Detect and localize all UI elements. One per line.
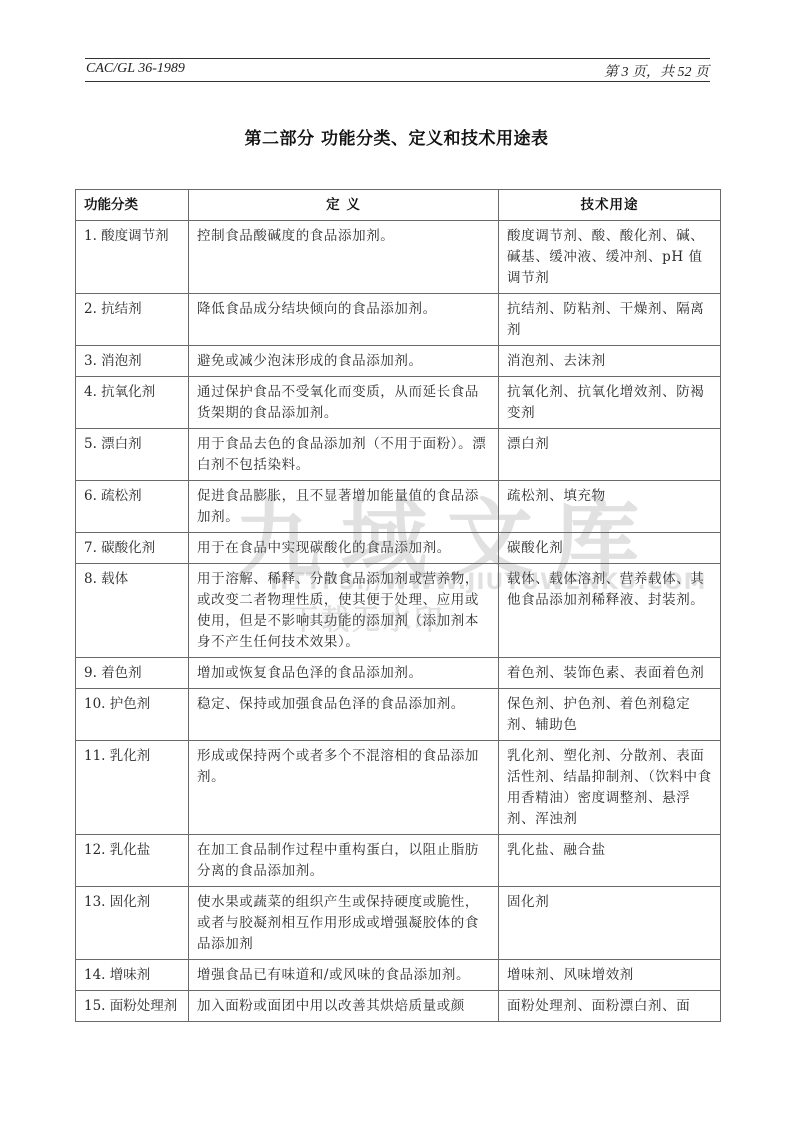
row-definition: 用于食品去色的食品添加剂（不用于面粉）。漂白剂不包括染料。	[189, 429, 499, 481]
table-row: 10. 护色剂稳定、保持或加强食品色泽的食品添加剂。保色剂、护色剂、着色剂稳定剂…	[76, 689, 721, 741]
row-uses: 抗氧化剂、抗氧化增效剂、防褐变剂	[499, 377, 721, 429]
row-category: 15. 面粉处理剂	[76, 991, 189, 1022]
row-definition: 通过保护食品不受氧化而变质，从而延长食品货架期的食品添加剂。	[189, 377, 499, 429]
table-row: 8. 载体用于溶解、稀释、分散食品添加剂或营养物，或改变二者物理性质，使其便于处…	[76, 564, 721, 658]
row-uses: 乳化盐、融合盐	[499, 835, 721, 887]
row-definition: 控制食品酸碱度的食品添加剂。	[189, 221, 499, 294]
column-header-category: 功能分类	[76, 190, 189, 221]
row-definition: 稳定、保持或加强食品色泽的食品添加剂。	[189, 689, 499, 741]
row-definition: 用于溶解、稀释、分散食品添加剂或营养物，或改变二者物理性质，使其便于处理、应用或…	[189, 564, 499, 658]
row-definition: 避免或减少泡沫形成的食品添加剂。	[189, 346, 499, 377]
table-row: 12. 乳化盐在加工食品制作过程中重构蛋白，以阻止脂肪分离的食品添加剂。乳化盐、…	[76, 835, 721, 887]
table-row: 15. 面粉处理剂加入面粉或面团中用以改善其烘焙质量或颜面粉处理剂、面粉漂白剂、…	[76, 991, 721, 1022]
row-uses: 面粉处理剂、面粉漂白剂、面	[499, 991, 721, 1022]
table-body: 1. 酸度调节剂控制食品酸碱度的食品添加剂。酸度调节剂、酸、酸化剂、碱、碱基、缓…	[76, 221, 721, 1022]
row-definition: 促进食品膨胀，且不显著增加能量值的食品添加剂。	[189, 481, 499, 533]
row-uses: 乳化剂、塑化剂、分散剂、表面活性剂、结晶抑制剂、（饮料中食用香精油）密度调整剂、…	[499, 741, 721, 835]
row-uses: 固化剂	[499, 887, 721, 960]
row-category: 10. 护色剂	[76, 689, 189, 741]
row-category: 9. 着色剂	[76, 658, 189, 689]
row-category: 2. 抗结剂	[76, 294, 189, 346]
row-uses: 消泡剂、去沫剂	[499, 346, 721, 377]
row-uses: 疏松剂、填充物	[499, 481, 721, 533]
header-rule-top	[85, 58, 710, 59]
column-header-definition: 定 义	[189, 190, 499, 221]
row-uses: 保色剂、护色剂、着色剂稳定剂、辅助色	[499, 689, 721, 741]
row-uses: 碳酸化剂	[499, 533, 721, 564]
column-header-uses: 技术用途	[499, 190, 721, 221]
table-row: 2. 抗结剂降低食品成分结块倾向的食品添加剂。抗结剂、防粘剂、干燥剂、隔离剂	[76, 294, 721, 346]
row-uses: 漂白剂	[499, 429, 721, 481]
row-category: 3. 消泡剂	[76, 346, 189, 377]
row-category: 8. 载体	[76, 564, 189, 658]
row-category: 11. 乳化剂	[76, 741, 189, 835]
row-category: 4. 抗氧化剂	[76, 377, 189, 429]
table-row: 5. 漂白剂用于食品去色的食品添加剂（不用于面粉）。漂白剂不包括染料。漂白剂	[76, 429, 721, 481]
row-uses: 载体、载体溶剂、营养载体、其他食品添加剂稀释液、封装剂。	[499, 564, 721, 658]
table-row: 4. 抗氧化剂通过保护食品不受氧化而变质，从而延长食品货架期的食品添加剂。抗氧化…	[76, 377, 721, 429]
row-category: 7. 碳酸化剂	[76, 533, 189, 564]
table-row: 3. 消泡剂避免或减少泡沫形成的食品添加剂。消泡剂、去沫剂	[76, 346, 721, 377]
table-row: 9. 着色剂增加或恢复食品色泽的食品添加剂。着色剂、装饰色素、表面着色剂	[76, 658, 721, 689]
table-row: 11. 乳化剂形成或保持两个或者多个不混溶相的食品添加剂。乳化剂、塑化剂、分散剂…	[76, 741, 721, 835]
functional-class-table: 功能分类 定 义 技术用途 1. 酸度调节剂控制食品酸碱度的食品添加剂。酸度调节…	[75, 189, 721, 1022]
row-uses: 抗结剂、防粘剂、干燥剂、隔离剂	[499, 294, 721, 346]
row-uses: 酸度调节剂、酸、酸化剂、碱、碱基、缓冲液、缓冲剂、pH 值调节剂	[499, 221, 721, 294]
row-category: 5. 漂白剂	[76, 429, 189, 481]
document-id: CAC/GL 36-1989	[86, 61, 185, 77]
table-row: 6. 疏松剂促进食品膨胀，且不显著增加能量值的食品添加剂。疏松剂、填充物	[76, 481, 721, 533]
table-row: 14. 增味剂增强食品已有味道和/或风味的食品添加剂。增味剂、风味增效剂	[76, 960, 721, 991]
row-definition: 使水果或蔬菜的组织产生或保持硬度或脆性，或者与胶凝剂相互作用形成或增强凝胶体的食…	[189, 887, 499, 960]
table-row: 1. 酸度调节剂控制食品酸碱度的食品添加剂。酸度调节剂、酸、酸化剂、碱、碱基、缓…	[76, 221, 721, 294]
row-category: 13. 固化剂	[76, 887, 189, 960]
row-definition: 增强食品已有味道和/或风味的食品添加剂。	[189, 960, 499, 991]
row-uses: 增味剂、风味增效剂	[499, 960, 721, 991]
table-row: 13. 固化剂使水果或蔬菜的组织产生或保持硬度或脆性，或者与胶凝剂相互作用形成或…	[76, 887, 721, 960]
header-rule-bottom	[85, 81, 710, 82]
row-definition: 形成或保持两个或者多个不混溶相的食品添加剂。	[189, 741, 499, 835]
row-category: 14. 增味剂	[76, 960, 189, 991]
table-header-row: 功能分类 定 义 技术用途	[76, 190, 721, 221]
row-definition: 降低食品成分结块倾向的食品添加剂。	[189, 294, 499, 346]
row-definition: 用于在食品中实现碳酸化的食品添加剂。	[189, 533, 499, 564]
table-row: 7. 碳酸化剂用于在食品中实现碳酸化的食品添加剂。碳酸化剂	[76, 533, 721, 564]
row-definition: 在加工食品制作过程中重构蛋白，以阻止脂肪分离的食品添加剂。	[189, 835, 499, 887]
row-category: 6. 疏松剂	[76, 481, 189, 533]
row-uses: 着色剂、装饰色素、表面着色剂	[499, 658, 721, 689]
row-definition: 增加或恢复食品色泽的食品添加剂。	[189, 658, 499, 689]
page-number: 第 3 页，共 52 页	[604, 61, 709, 81]
row-category: 12. 乳化盐	[76, 835, 189, 887]
section-title: 第二部分 功能分类、定义和技术用途表	[0, 124, 793, 149]
row-definition: 加入面粉或面团中用以改善其烘焙质量或颜	[189, 991, 499, 1022]
row-category: 1. 酸度调节剂	[76, 221, 189, 294]
